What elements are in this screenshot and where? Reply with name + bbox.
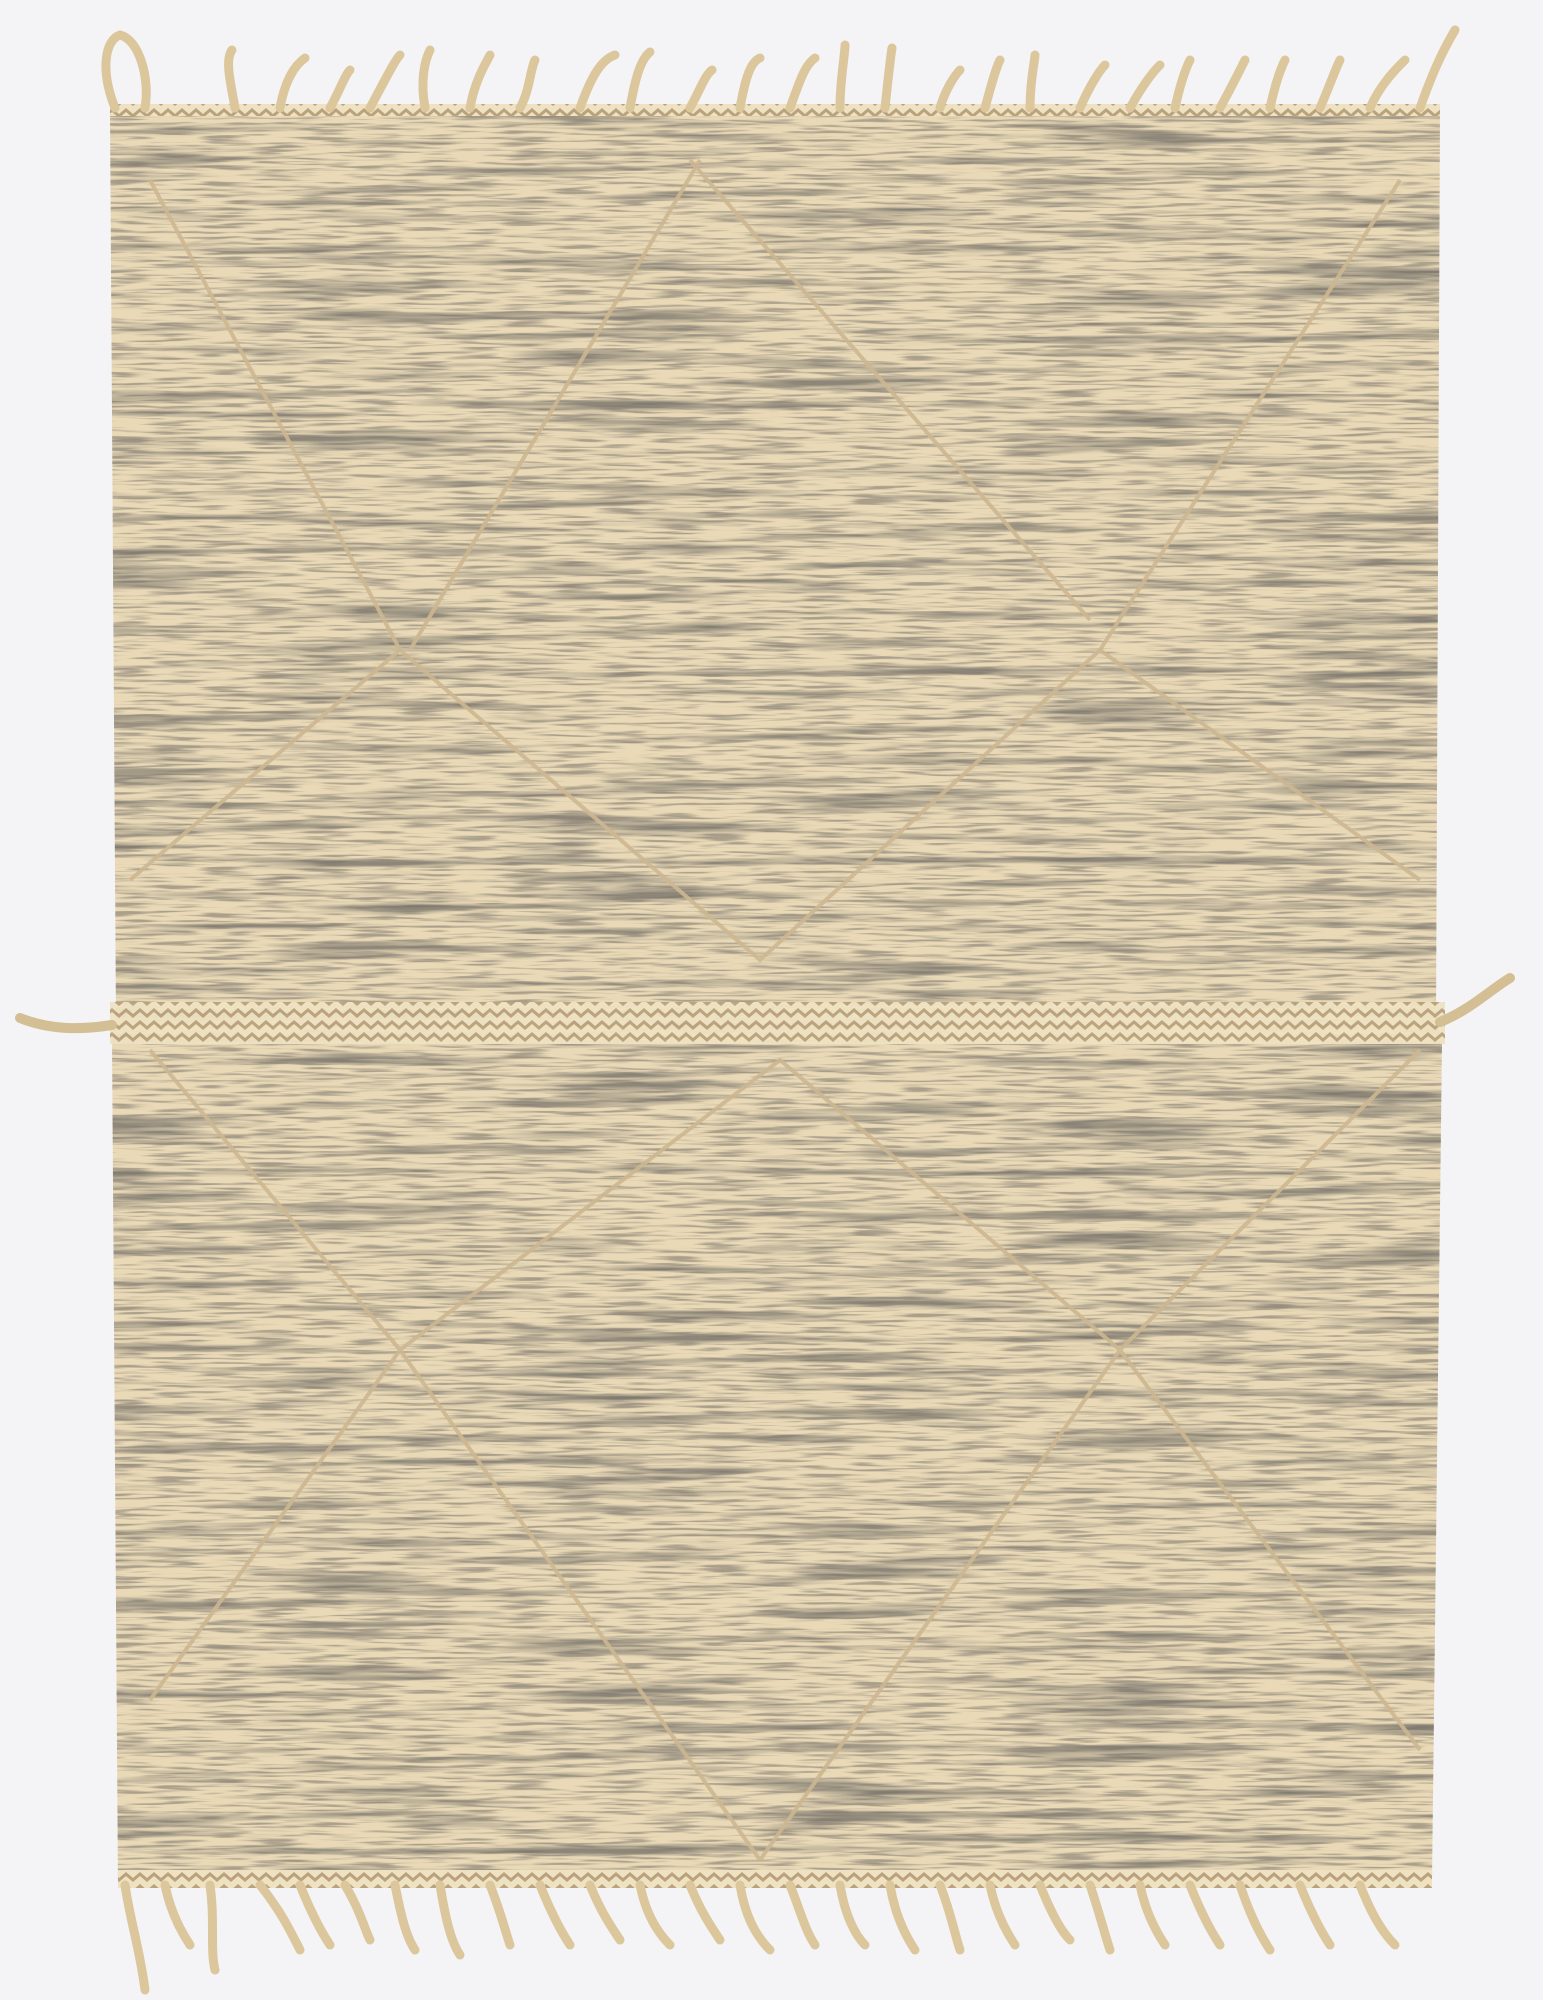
center-band	[110, 1002, 1445, 1044]
rug-body	[110, 108, 1442, 1886]
left-tie	[20, 1018, 112, 1028]
rug-photo	[0, 0, 1543, 2000]
right-tie	[1440, 978, 1510, 1022]
top-fringe	[106, 30, 1455, 108]
bottom-fringe	[125, 1885, 1395, 1990]
bottom-braid	[118, 1870, 1432, 1888]
top-braid	[110, 104, 1440, 116]
